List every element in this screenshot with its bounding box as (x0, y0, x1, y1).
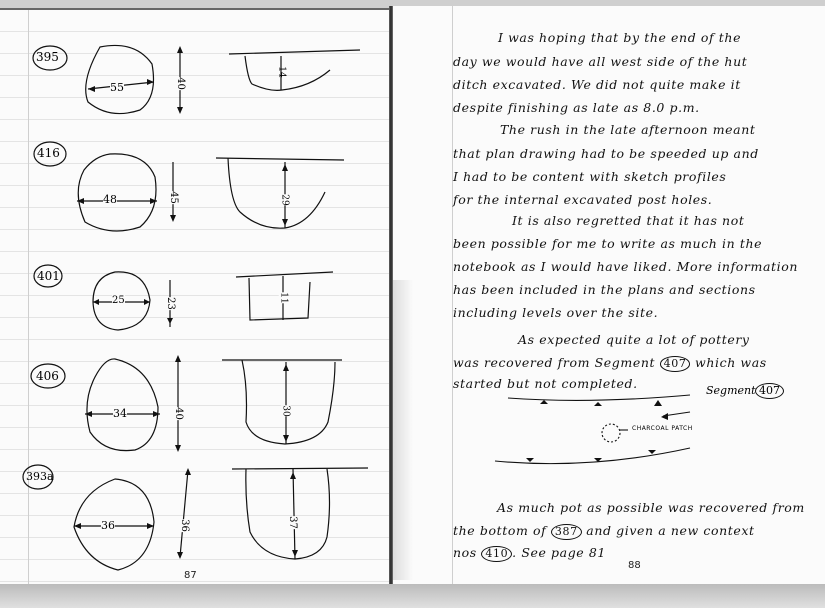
text-line: the bottom of 387 and given a new contex… (453, 523, 825, 540)
context-ref: 387 (551, 524, 582, 540)
context-ref: 410 (481, 546, 512, 562)
text-fragment: the bottom of (453, 523, 546, 538)
text-fragment: and given a new context (586, 523, 754, 538)
charcoal-patch-label: CHARCOAL PATCH (632, 425, 693, 432)
page-number: 88 (628, 560, 641, 571)
text-line: As much pot as possible was recovered fr… (497, 500, 825, 515)
text-fragment: . See page 81 (512, 545, 606, 560)
notebook-spread: 395 55 40 14 416 48 45 29 401 25 23 11 4… (0, 0, 825, 608)
text-fragment: nos (453, 545, 477, 560)
gutter-shadow (393, 280, 413, 580)
segment-label: Segment (706, 384, 756, 397)
page-edge-shadow (0, 584, 825, 608)
segment-ref: 407 (755, 383, 784, 399)
